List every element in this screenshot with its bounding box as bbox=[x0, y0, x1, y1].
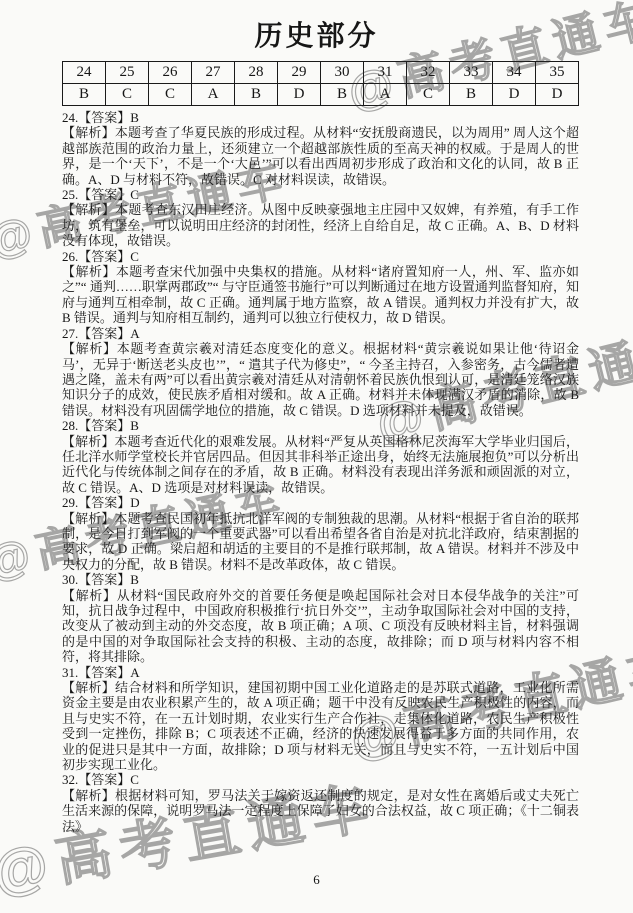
analysis-text: 【解析】根据材料可知，罗马法关于嫁资返还制度的规定，是对女性在离婚后或丈夫死亡生… bbox=[62, 788, 579, 834]
analysis-text: 【解析】本题考查东汉田庄经济。从图中反映豪强地主庄园中又奴婢，有养殖，有手工作坊… bbox=[62, 202, 579, 248]
analysis-text: 【解析】本题考查黄宗羲对清廷态度变化的意义。根据材料“黄宗羲说如果让他‘待诏金马… bbox=[62, 341, 579, 418]
question-item: 26.【答案】C【解析】本题考查宋代加强中央集权的措施。从材料“诸府置知府一人，… bbox=[62, 249, 579, 326]
explanations-list: 24.【答案】B【解析】本题考查了华夏民族的形成过程。从材料“安抚殷商遗民，以为… bbox=[62, 110, 579, 834]
answer-table-number-cell: 26 bbox=[149, 62, 192, 84]
answer-table-number-cell: 29 bbox=[278, 62, 321, 84]
question-item: 31.【答案】A【解析】结合材料和所学知识，建国初期中国工业化道路走的是苏联式道… bbox=[62, 665, 579, 773]
page-number: 6 bbox=[0, 872, 633, 888]
question-item: 32.【答案】C【解析】根据材料可知，罗马法关于嫁资返还制度的规定，是对女性在离… bbox=[62, 772, 579, 834]
page-title: 历史部分 bbox=[0, 0, 633, 54]
answer-line: 28.【答案】B bbox=[62, 418, 579, 433]
answer-line: 29.【答案】D bbox=[62, 495, 579, 510]
answer-line: 26.【答案】C bbox=[62, 249, 579, 264]
answer-table-answer-cell: B bbox=[450, 84, 493, 106]
answer-table-answer-cell: B bbox=[235, 84, 278, 106]
answer-table-answer-cell: D bbox=[278, 84, 321, 106]
answer-table-answer-cell: A bbox=[192, 84, 235, 106]
answer-table-answer-cell: C bbox=[149, 84, 192, 106]
analysis-text: 【解析】本题考查近代化的艰难发展。从材料“严复从英国格林尼茨海军大学毕业归国后，… bbox=[62, 434, 579, 496]
answer-table-number-cell: 34 bbox=[493, 62, 536, 84]
question-item: 24.【答案】B【解析】本题考查了华夏民族的形成过程。从材料“安抚殷商遗民，以为… bbox=[62, 110, 579, 187]
answer-table-number-cell: 25 bbox=[106, 62, 149, 84]
question-item: 30.【答案】B【解析】从材料“国民政府外交的首要任务便是唤起国际社会对日本侵华… bbox=[62, 572, 579, 664]
answer-table-number-cell: 27 bbox=[192, 62, 235, 84]
answer-line: 24.【答案】B bbox=[62, 110, 579, 125]
answer-line: 30.【答案】B bbox=[62, 572, 579, 587]
answer-table-number-cell: 30 bbox=[321, 62, 364, 84]
answer-line: 32.【答案】C bbox=[62, 772, 579, 787]
answer-table-number-cell: 33 bbox=[450, 62, 493, 84]
question-item: 28.【答案】B【解析】本题考查近代化的艰难发展。从材料“严复从英国格林尼茨海军… bbox=[62, 418, 579, 495]
answer-table-answer-cell: B bbox=[321, 84, 364, 106]
analysis-text: 【解析】从材料“国民政府外交的首要任务便是唤起国际社会对日本侵华战争的关注”可知… bbox=[62, 588, 579, 665]
answer-line: 25.【答案】C bbox=[62, 187, 579, 202]
answer-table-number-cell: 35 bbox=[536, 62, 579, 84]
answer-key-table: 242526272829303132333435 BCCABDBACBDD bbox=[62, 61, 579, 106]
answer-table-answer-cell: C bbox=[106, 84, 149, 106]
answer-table-answer-cell: B bbox=[63, 84, 106, 106]
answer-table-number-cell: 31 bbox=[364, 62, 407, 84]
answer-table-number-cell: 28 bbox=[235, 62, 278, 84]
answer-line: 27.【答案】A bbox=[62, 326, 579, 341]
analysis-text: 【解析】本题考查民国初年抵抗北洋军阀的专制独裁的思潮。从材料“根据于省自治的联邦… bbox=[62, 511, 579, 573]
question-item: 25.【答案】C【解析】本题考查东汉田庄经济。从图中反映豪强地主庄园中又奴婢，有… bbox=[62, 187, 579, 249]
answer-line: 31.【答案】A bbox=[62, 665, 579, 680]
answer-table-number-cell: 32 bbox=[407, 62, 450, 84]
answer-table-answer-cell: D bbox=[493, 84, 536, 106]
answer-table-answer-row: BCCABDBACBDD bbox=[63, 84, 579, 106]
answer-table-number-cell: 24 bbox=[63, 62, 106, 84]
document-page: 历史部分 242526272829303132333435 BCCABDBACB… bbox=[0, 0, 633, 913]
answer-table-answer-cell: A bbox=[364, 84, 407, 106]
analysis-text: 【解析】结合材料和所学知识，建国初期中国工业化道路走的是苏联式道路，工业化所需资… bbox=[62, 680, 579, 772]
question-item: 27.【答案】A【解析】本题考查黄宗羲对清廷态度变化的意义。根据材料“黄宗羲说如… bbox=[62, 326, 579, 418]
answer-table-number-row: 242526272829303132333435 bbox=[63, 62, 579, 84]
question-item: 29.【答案】D【解析】本题考查民国初年抵抗北洋军阀的专制独裁的思潮。从材料“根… bbox=[62, 495, 579, 572]
analysis-text: 【解析】本题考查宋代加强中央集权的措施。从材料“诸府置知府一人，州、军、监亦如之… bbox=[62, 264, 579, 326]
answer-table-answer-cell: D bbox=[536, 84, 579, 106]
analysis-text: 【解析】本题考查了华夏民族的形成过程。从材料“安抚殷商遗民，以为周用” 周人这个… bbox=[62, 125, 579, 187]
answer-table-answer-cell: C bbox=[407, 84, 450, 106]
